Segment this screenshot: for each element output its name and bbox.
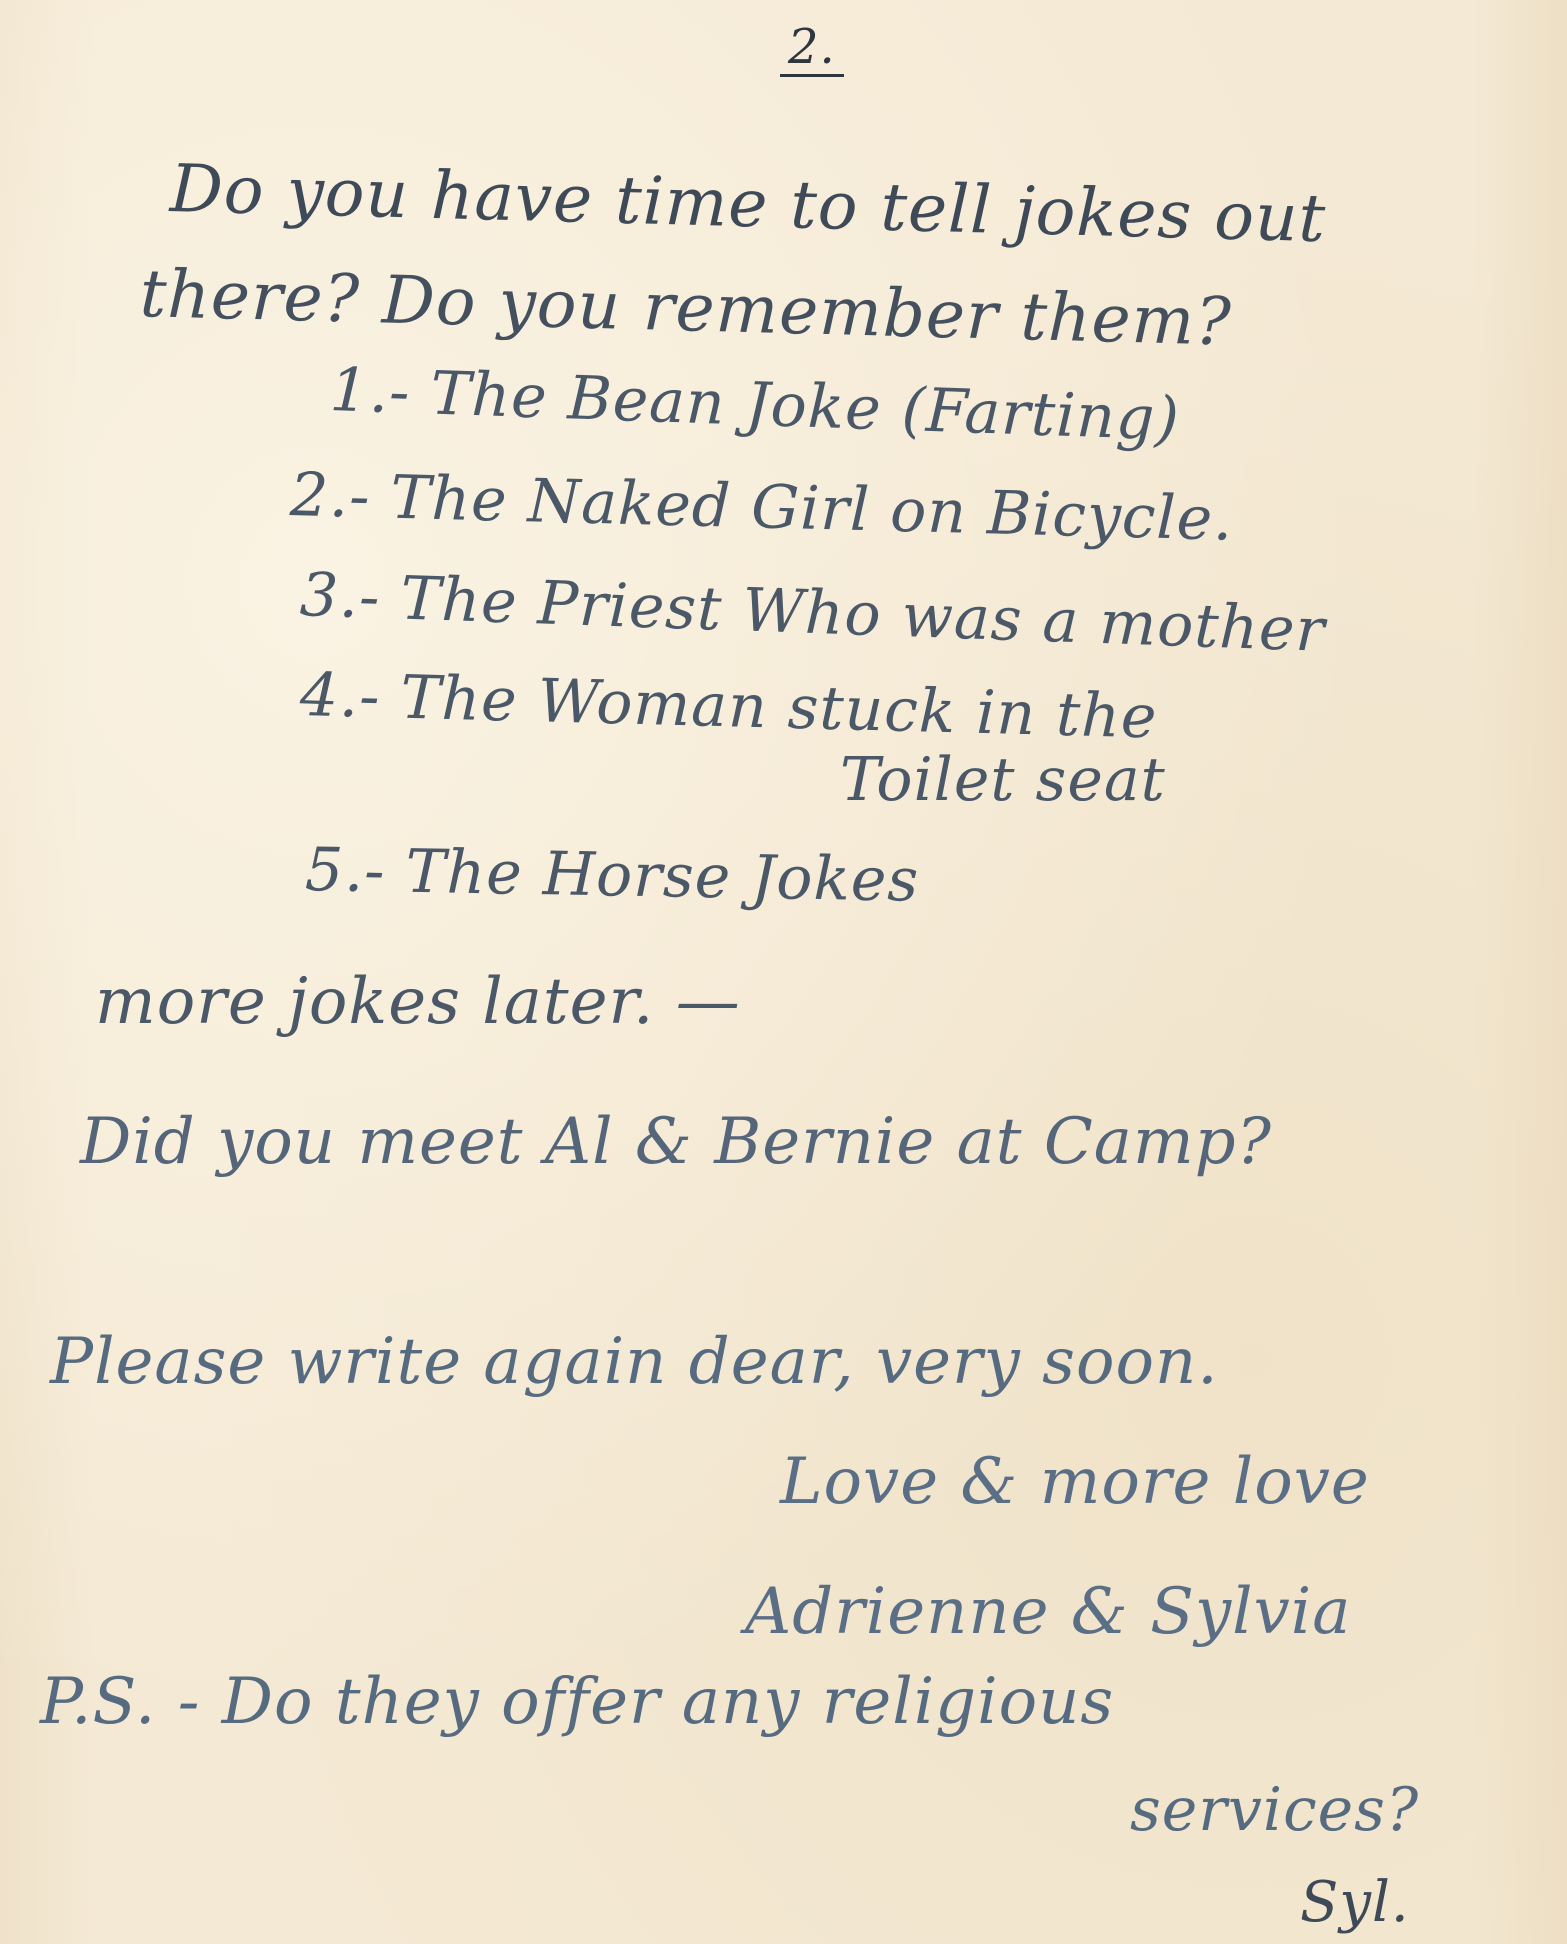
opening-line-2: there? Do you remember them? — [139, 255, 1233, 361]
joke-text: The Priest Who was a mother — [399, 564, 1326, 666]
joke-text: The Woman stuck in the — [400, 663, 1159, 753]
postscript-signature: Syl. — [1300, 1870, 1410, 1935]
joke-text: The Naked Girl on Bicycle. — [390, 463, 1234, 555]
joke-item-4-continuation: Toilet seat — [840, 745, 1166, 815]
question-line: Did you meet Al & Bernie at Camp? — [80, 1105, 1272, 1179]
joke-item-1: 1.- The Bean Joke (Farting) — [329, 355, 1181, 455]
request-line: Please write again dear, very soon. — [50, 1325, 1219, 1399]
signature: Adrienne & Sylvia — [745, 1575, 1351, 1649]
joke-item-4: 4.- The Woman stuck in the — [299, 660, 1158, 752]
joke-number: 3.- — [299, 560, 382, 633]
letter-page: 2. Do you have time to tell jokes out th… — [0, 0, 1567, 1944]
joke-number: 5.- — [304, 835, 386, 906]
postscript-line-1: P.S. - Do they offer any religious — [40, 1665, 1114, 1739]
more-jokes-line: more jokes later. — — [95, 965, 741, 1039]
page-number: 2. — [780, 20, 844, 77]
closing-line: Love & more love — [780, 1445, 1370, 1519]
joke-item-3: 3.- The Priest Who was a mother — [299, 560, 1327, 666]
joke-item-5: 5.- The Horse Jokes — [304, 835, 919, 916]
joke-text: The Horse Jokes — [405, 837, 920, 916]
joke-text: The Bean Joke (Farting) — [429, 359, 1181, 455]
joke-number: 2.- — [289, 460, 371, 532]
postscript-line-2: services? — [1130, 1775, 1419, 1845]
opening-line-1: Do you have time to tell jokes out — [169, 150, 1327, 257]
joke-number: 4.- — [299, 660, 381, 732]
joke-number: 1.- — [329, 355, 412, 428]
joke-item-2: 2.- The Naked Girl on Bicycle. — [289, 460, 1234, 555]
